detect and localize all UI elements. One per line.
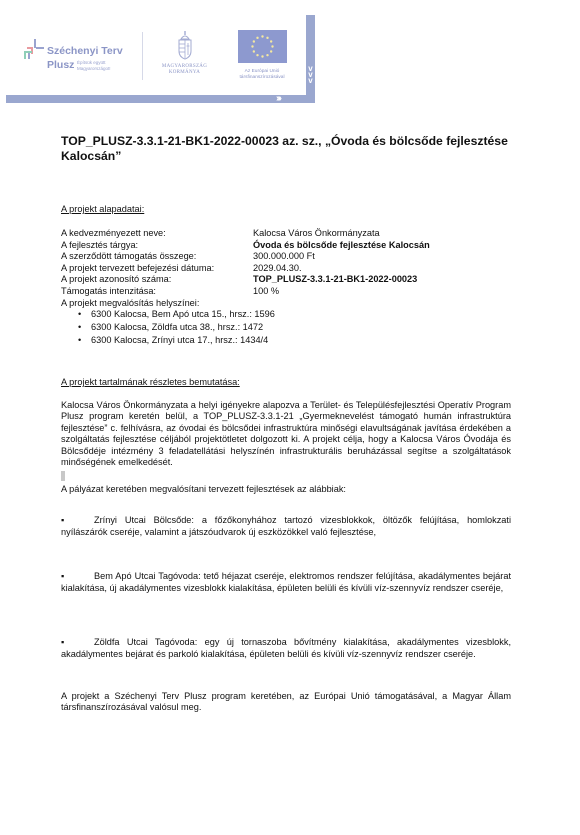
government-logo-text: MAGYARORSZÁG KORMÁNYA [152, 64, 217, 76]
locations-list: •6300 Kalocsa, Bem Apó utca 15., hrsz.: … [61, 309, 521, 347]
basic-data-value: 2029.04.30. [253, 263, 521, 275]
planned-item: ▪Bem Apó Utcai Tagóvoda: tető héjazat cs… [61, 571, 511, 594]
banner-vertical-bar [306, 15, 315, 103]
basic-data-row: A kedvezményezett neve:Kalocsa Város Önk… [61, 228, 521, 240]
basic-data-row: A projekt tervezett befejezési dátuma:20… [61, 263, 521, 275]
basic-data-label: Támogatás intenzitása: [61, 286, 253, 298]
basic-data-value: 100 % [253, 286, 521, 298]
planned-intro: A pályázat keretében megvalósítani terve… [61, 484, 511, 495]
document-title: TOP_PLUSZ-3.3.1-21-BK1-2022-00023 az. sz… [61, 134, 521, 163]
basic-data-table: A kedvezményezett neve:Kalocsa Város Önk… [61, 228, 521, 348]
eu-logo-text: Az Európai Unió társfinanszírozásával [232, 69, 292, 81]
szechenyi-terv-plusz-logo: Széchenyi Terv Plusz Építsük együtt Magy… [20, 35, 130, 80]
planned-item: ▪Zrínyi Utcai Bölcsőde: a főzőkonyhához … [61, 515, 511, 538]
szechenyi-logo-plusz: Plusz [47, 59, 74, 71]
planned-item-text: Bem Apó Utcai Tagóvoda: tető héjazat cse… [61, 571, 511, 593]
eu-logo-line2: társfinanszírozásával [232, 75, 292, 81]
location-item: •6300 Kalocsa, Zrínyi utca 17., hrsz.: 1… [61, 335, 521, 348]
location-item: •6300 Kalocsa, Zöldfa utca 38., hrsz.: 1… [61, 322, 521, 335]
chevron-right-icon: ››› [276, 93, 280, 104]
bullet-icon: • [78, 309, 81, 321]
szechenyi-logo-tagline: Építsük együtt Magyarországot! [77, 60, 137, 72]
hungarian-government-logo: MAGYARORSZÁG KORMÁNYA [152, 30, 217, 85]
details-heading: A projekt tartalmának részletes bemutatá… [61, 377, 240, 387]
basic-data-row: A fejlesztés tárgya:Óvoda és bölcsőde fe… [61, 240, 521, 252]
header-banner: ››› vvv Széchenyi Terv Plusz Építsük egy… [0, 0, 330, 110]
basic-data-value: Kalocsa Város Önkormányzata [253, 228, 521, 240]
banner-horizontal-bar [6, 95, 306, 103]
logo-divider [142, 32, 143, 80]
locations-label-text: A projekt megvalósítás helyszínei: [61, 298, 199, 310]
basic-data-label: A projekt azonosító száma: [61, 274, 253, 286]
coat-of-arms-icon [177, 30, 193, 60]
basic-data-value: Óvoda és bölcsőde fejlesztése Kalocsán [253, 240, 521, 252]
chevron-down-icon: vvv [306, 66, 315, 84]
szechenyi-logo-title: Széchenyi Terv [47, 45, 123, 57]
basic-data-value: TOP_PLUSZ-3.3.1-21-BK1-2022-00023 [253, 274, 521, 286]
location-item: •6300 Kalocsa, Bem Apó utca 15., hrsz.: … [61, 309, 521, 322]
basic-data-row: Támogatás intenzitása:100 % [61, 286, 521, 298]
details-paragraph: Kalocsa Város Önkormányzata a helyi igén… [61, 400, 511, 468]
bullet-icon: ▪ [61, 515, 94, 527]
planned-item-text: Zöldfa Utcai Tagóvoda: egy új tornaszoba… [61, 637, 511, 659]
szechenyi-cross-icon [22, 38, 44, 60]
basic-data-row: A szerződött támogatás összege:300.000.0… [61, 251, 521, 263]
basic-data-label: A projekt tervezett befejezési dátuma: [61, 263, 253, 275]
closing-paragraph: A projekt a Széchenyi Terv Plusz program… [61, 691, 511, 714]
eu-cofinancing-logo: Az Európai Unió társfinanszírozásával [232, 30, 292, 85]
bullet-icon: ▪ [61, 637, 94, 649]
government-logo-line2: KORMÁNYA [152, 70, 217, 76]
basic-data-label: A szerződött támogatás összege: [61, 251, 253, 263]
basic-data-label: A kedvezményezett neve: [61, 228, 253, 240]
bullet-icon: ▪ [61, 571, 94, 583]
eu-flag-icon [238, 30, 287, 63]
location-text: 6300 Kalocsa, Zrínyi utca 17., hrsz.: 14… [91, 335, 268, 345]
paragraph-marker [61, 471, 65, 481]
eu-stars-icon [238, 30, 287, 63]
basic-data-row: A projekt azonosító száma:TOP_PLUSZ-3.3.… [61, 274, 521, 286]
location-text: 6300 Kalocsa, Bem Apó utca 15., hrsz.: 1… [91, 309, 275, 319]
bullet-icon: • [78, 322, 81, 334]
basic-data-label: A fejlesztés tárgya: [61, 240, 253, 252]
locations-label: A projekt megvalósítás helyszínei: [61, 298, 521, 310]
location-text: 6300 Kalocsa, Zöldfa utca 38., hrsz.: 14… [91, 322, 263, 332]
planned-item-text: Zrínyi Utcai Bölcsőde: a főzőkonyhához t… [61, 515, 511, 537]
bullet-icon: • [78, 335, 81, 347]
planned-item: ▪Zöldfa Utcai Tagóvoda: egy új tornaszob… [61, 637, 511, 660]
basic-data-value: 300.000.000 Ft [253, 251, 521, 263]
basic-data-heading: A projekt alapadatai: [61, 204, 144, 214]
